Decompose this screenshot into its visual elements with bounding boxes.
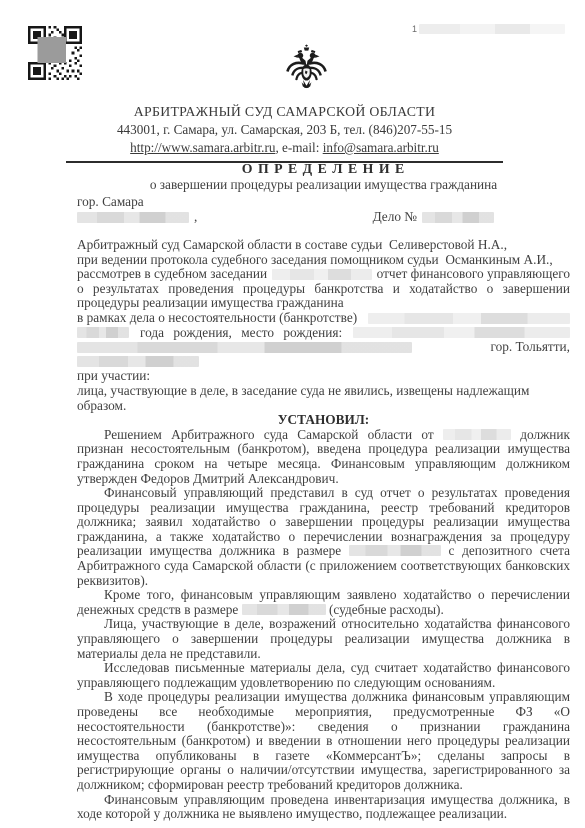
case-number-redaction (422, 212, 494, 223)
doc-text: Решением Арбитражного суда Самарской обл… (104, 427, 443, 442)
court-address: 443001, г. Самара, ул. Самарская, 203 Б,… (66, 121, 503, 139)
doc-text: при ведении протокола судебного заседани… (77, 252, 553, 267)
doc-text: рассмотрев в судебном заседании (77, 267, 267, 282)
doc-text: Финансовым управляющим проведена инвента… (77, 792, 570, 822)
email-label: , e-mail: (275, 140, 322, 155)
doc-text: в рамках дела о несостоятельности (банкр… (77, 311, 357, 326)
doc-line: процедуры реализации имущества гражданин… (77, 296, 570, 311)
doc-line: рассмотрев в судебном заседанииотчет фин… (77, 267, 570, 282)
document-title: О П Р Е Д Е Л Е Н И Е (77, 160, 570, 177)
doc-text: при участии: (77, 368, 150, 383)
doc-line (77, 355, 570, 370)
doc-line: при участии: (77, 369, 570, 384)
ustanovil-heading: УСТАНОВИЛ: (77, 413, 570, 428)
intro-block: Арбитражный суд Самарской области в сост… (77, 238, 570, 413)
doc-text: Арбитражный суд Самарской области в сост… (77, 237, 507, 252)
redacted-text (353, 327, 570, 338)
city-label: гор. Самара (77, 194, 570, 209)
qr-code (27, 26, 83, 80)
page-id-redaction (419, 24, 565, 34)
qr-redaction-overlay (37, 37, 66, 63)
document-body: О П Р Е Д Е Л Е Н И Е о завершении проце… (77, 160, 570, 822)
paragraph: Исследовав письменные материалы дела, су… (77, 661, 570, 690)
redacted-text (77, 327, 129, 338)
doc-line: Арбитражный суд Самарской области в сост… (77, 238, 570, 253)
case-line: , Дело № (77, 210, 570, 225)
document-subtitle: о завершении процедуры реализации имущес… (77, 177, 570, 193)
date-comma: , (194, 210, 197, 225)
paragraph: Финансовым управляющим проведена инвента… (77, 793, 570, 822)
date-redaction (77, 212, 189, 223)
redacted-text (77, 356, 199, 367)
doc-line: при ведении протокола судебного заседани… (77, 253, 570, 268)
court-website-link: http://www.samara.arbitr.ru (130, 140, 275, 155)
court-email-link: info@samara.arbitr.ru (323, 140, 439, 155)
paragraph: Кроме того, финансовым управляющим заявл… (77, 588, 570, 617)
paragraph: Решением Арбитражного суда Самарской обл… (77, 428, 570, 486)
doc-text: процедуры реализации имущества гражданин… (77, 295, 344, 310)
document-page: 1 (0, 0, 585, 828)
case-number-group: Дело № (373, 210, 494, 225)
doc-text: (судебные расходы). (326, 602, 444, 617)
redacted-text (443, 429, 511, 440)
doc-line: в рамках дела о несостоятельности (банкр… (77, 311, 570, 326)
paragraph: Финансовый управляющий представил в суд … (77, 486, 570, 588)
redacted-text (272, 269, 372, 280)
redacted-text (77, 342, 412, 353)
case-number-label: Дело № (373, 210, 417, 225)
page-number: 1 (412, 24, 417, 34)
doc-text: года рождения, место рождения: (140, 326, 342, 341)
coat-of-arms-icon (283, 44, 330, 99)
doc-text: Исследовав письменные материалы дела, су… (77, 660, 570, 690)
paragraph: Лица, участвующие в деле, возражений отн… (77, 617, 570, 661)
court-name: АРБИТРАЖНЫЙ СУД САМАРСКОЙ ОБЛАСТИ (66, 103, 503, 121)
doc-line: о результатах проведения процедуры банкр… (77, 282, 570, 297)
court-header: АРБИТРАЖНЫЙ СУД САМАРСКОЙ ОБЛАСТИ 443001… (66, 103, 503, 163)
paragraph: В ходе процедуры реализации имущества до… (77, 690, 570, 792)
doc-text: В ходе процедуры реализации имущества до… (77, 689, 570, 792)
redacted-text (349, 545, 441, 556)
date-group: , (77, 210, 197, 225)
doc-line: лица, участвующие в деле, в заседание су… (77, 384, 570, 413)
doc-line: гор. Тольятти, (77, 340, 570, 355)
doc-text: гор. Тольятти, (490, 340, 570, 355)
redacted-text (368, 313, 570, 324)
court-contacts: http://www.samara.arbitr.ru, e-mail: inf… (66, 139, 503, 156)
doc-text: лица, участвующие в деле, в заседание су… (77, 383, 533, 413)
ruling-paragraphs: Решением Арбитражного суда Самарской обл… (77, 428, 570, 822)
doc-text: отчет финансового управляющего (377, 267, 570, 282)
page-header-meta: 1 (412, 24, 565, 34)
redacted-text (242, 604, 326, 615)
doc-line: года рождения, место рождения: (77, 326, 570, 341)
doc-text: Лица, участвующие в деле, возражений отн… (77, 616, 570, 660)
doc-text: о результатах проведения процедуры банкр… (77, 281, 570, 296)
